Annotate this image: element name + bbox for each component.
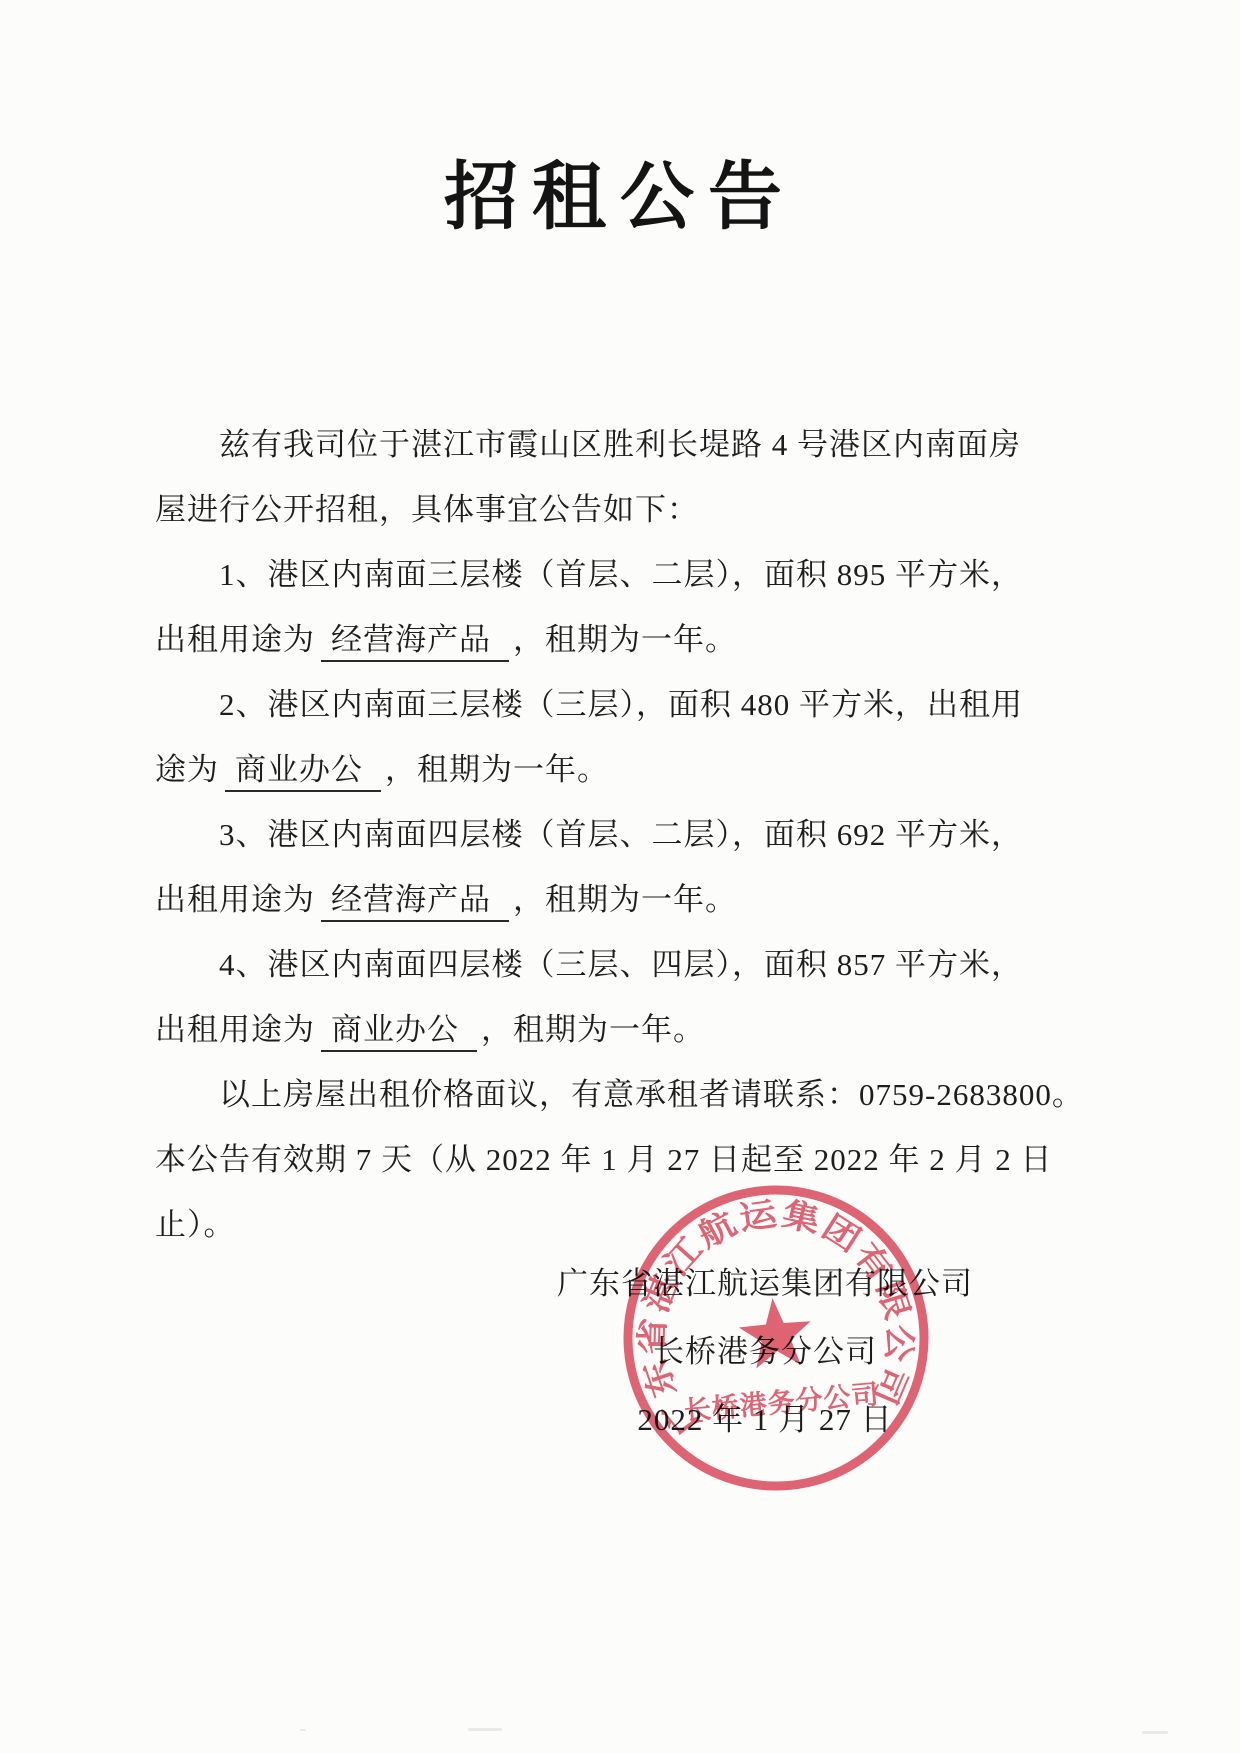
document-title: 招租公告 xyxy=(0,148,1240,248)
item2-use-suffix: ，租期为一年。 xyxy=(385,752,609,787)
item1-line-1: 1、港区内南面三层楼（首层、二层），面积 895 平方米， xyxy=(155,542,970,607)
scan-artifact xyxy=(1142,1731,1168,1734)
item3-use-prefix: 出租用途为 xyxy=(155,882,315,917)
item2-use-prefix: 途为 xyxy=(155,752,219,787)
star-icon xyxy=(737,1295,815,1370)
item3-line-1: 3、港区内南面四层楼（首层、二层），面积 692 平方米， xyxy=(155,802,970,867)
item1-use-suffix: ，租期为一年。 xyxy=(513,622,737,657)
document-body: 兹有我司位于湛江市霞山区胜利长堤路 4 号港区内南面房 屋进行公开招租，具体事宜… xyxy=(155,412,970,1257)
item3-line-2: 出租用途为经营海产品，租期为一年。 xyxy=(155,867,970,932)
item4-line-2: 出租用途为商业办公，租期为一年。 xyxy=(155,997,970,1062)
item1-use-prefix: 出租用途为 xyxy=(155,622,315,657)
item2-line-1: 2、港区内南面三层楼（三层），面积 480 平方米，出租用 xyxy=(155,672,970,737)
item2-use-underlined: 商业办公 xyxy=(225,752,381,792)
item2-line-2: 途为商业办公，租期为一年。 xyxy=(155,737,970,802)
intro-line-2: 屋进行公开招租，具体事宜公告如下： xyxy=(155,477,970,542)
stamp-bottom-text: 长桥港务分公司 xyxy=(683,1379,881,1426)
intro-line-1: 兹有我司位于湛江市霞山区胜利长堤路 4 号港区内南面房 xyxy=(155,412,970,477)
item4-use-suffix: ，租期为一年。 xyxy=(481,1012,705,1047)
item1-use-underlined: 经营海产品 xyxy=(321,622,509,662)
item3-use-underlined: 经营海产品 xyxy=(321,882,509,922)
item4-line-1: 4、港区内南面四层楼（三层、四层），面积 857 平方米， xyxy=(155,932,970,997)
scanned-document-page: 招租公告 兹有我司位于湛江市霞山区胜利长堤路 4 号港区内南面房 屋进行公开招租… xyxy=(0,0,1240,1753)
company-seal-stamp: 广东省湛江航运集团有限公司 长桥港务分公司 xyxy=(603,1165,950,1512)
item4-use-underlined: 商业办公 xyxy=(321,1012,477,1052)
scan-artifact xyxy=(468,1728,502,1731)
closing-line-1: 以上房屋出租价格面议，有意承租者请联系：0759-2683800。 xyxy=(155,1062,970,1127)
item4-use-prefix: 出租用途为 xyxy=(155,1012,315,1047)
scan-artifact xyxy=(300,1729,306,1731)
item1-line-2: 出租用途为经营海产品，租期为一年。 xyxy=(155,607,970,672)
item3-use-suffix: ，租期为一年。 xyxy=(513,882,737,917)
